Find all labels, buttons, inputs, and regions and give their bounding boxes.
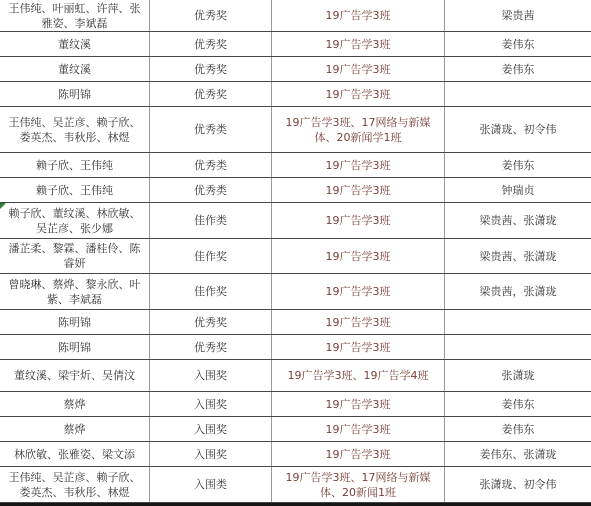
awards-table: 王伟纯、叶丽虹、许萍、张雅姿、李斌磊优秀奖19广告学3班梁贵茜董纹溪优秀奖19广…	[0, 0, 591, 506]
participants-text: 赖子欣、王伟纯	[36, 158, 113, 173]
class-text: 19广告学3班、17网络与新媒体、20新闻学1班	[277, 115, 439, 145]
participants-cell[interactable]: 赖子欣、董纹溪、林欣敏、吴芷彦、张少娜	[0, 203, 150, 238]
award-text: 优秀奖	[194, 340, 227, 355]
participants-cell[interactable]: 蔡烨	[0, 417, 150, 441]
table-row: 王伟纯、吴芷彦、赖子欣、娄英杰、韦秋彤、林煜入围类19广告学3班、17网络与新媒…	[0, 467, 591, 503]
participants-cell[interactable]: 赖子欣、王伟纯	[0, 153, 150, 177]
award-cell[interactable]: 入围奖	[150, 442, 272, 466]
participants-cell[interactable]: 董纹溪	[0, 32, 150, 56]
participants-cell[interactable]: 陈明锦	[0, 335, 150, 359]
award-cell[interactable]: 入围奖	[150, 417, 272, 441]
award-text: 优秀奖	[194, 315, 227, 330]
participants-text: 蔡烨	[64, 422, 86, 437]
advisors-cell[interactable]: 姜伟东	[445, 392, 591, 416]
class-cell[interactable]: 19广告学3班、17网络与新媒体、20新闻1班	[272, 467, 445, 502]
award-cell[interactable]: 入围类	[150, 467, 272, 502]
award-text: 优秀奖	[194, 8, 227, 23]
participants-text: 赖子欣、王伟纯	[36, 183, 113, 198]
participants-cell[interactable]: 赖子欣、王伟纯	[0, 178, 150, 202]
class-text: 19广告学3班、19广告学4班	[288, 368, 429, 383]
class-text: 19广告学3班	[326, 249, 391, 264]
award-text: 优秀奖	[194, 62, 227, 77]
table-row: 赖子欣、王伟纯优秀类19广告学3班姜伟东	[0, 153, 591, 178]
table-row: 陈明锦优秀奖19广告学3班	[0, 335, 591, 360]
advisors-cell[interactable]: 梁贵茜	[445, 0, 591, 31]
spreadsheet-viewport: 王伟纯、叶丽虹、许萍、张雅姿、李斌磊优秀奖19广告学3班梁贵茜董纹溪优秀奖19广…	[0, 0, 591, 506]
participants-text: 潘芷柔、黎霖、潘桂伶、陈睿妍	[5, 241, 144, 271]
participants-text: 董纹溪	[58, 37, 91, 52]
table-row: 林欣敏、张雅姿、梁文添入围奖19广告学3班姜伟东、张潇珑	[0, 442, 591, 467]
class-cell[interactable]: 19广告学3班	[272, 32, 445, 56]
award-text: 佳作类	[194, 213, 227, 228]
award-cell[interactable]: 优秀奖	[150, 32, 272, 56]
participants-text: 赖子欣、董纹溪、林欣敏、吴芷彦、张少娜	[5, 206, 144, 236]
advisors-text: 钟瑞贞	[502, 183, 535, 198]
participants-text: 董纹溪	[58, 62, 91, 77]
class-cell[interactable]: 19广告学3班、17网络与新媒体、20新闻学1班	[272, 107, 445, 152]
class-cell[interactable]: 19广告学3班	[272, 442, 445, 466]
participants-cell[interactable]: 潘芷柔、黎霖、潘桂伶、陈睿妍	[0, 239, 150, 273]
advisors-text: 梁贵茜	[502, 8, 535, 23]
class-text: 19广告学3班	[326, 183, 391, 198]
advisors-text: 梁贵茜，张潇珑	[480, 284, 557, 299]
advisors-cell[interactable]: 张潇珑、初令伟	[445, 107, 591, 152]
award-cell[interactable]: 优秀类	[150, 153, 272, 177]
award-text: 入围奖	[194, 368, 227, 383]
class-cell[interactable]: 19广告学3班	[272, 0, 445, 31]
advisors-text: 梁贵茜、张潇珑	[480, 213, 557, 228]
award-text: 入围奖	[194, 397, 227, 412]
advisors-text: 姜伟东	[502, 62, 535, 77]
class-cell[interactable]: 19广告学3班、19广告学4班	[272, 360, 445, 391]
table-row: 王伟纯、吴芷彦、赖子欣、娄英杰、韦秋彤、林煜优秀类19广告学3班、17网络与新媒…	[0, 107, 591, 153]
advisors-cell[interactable]	[445, 310, 591, 334]
advisors-cell[interactable]	[445, 335, 591, 359]
participants-cell[interactable]: 陈明锦	[0, 310, 150, 334]
award-cell[interactable]: 佳作类	[150, 203, 272, 238]
award-text: 优秀奖	[194, 87, 227, 102]
class-text: 19广告学3班	[326, 62, 391, 77]
advisors-text: 姜伟东、张潇珑	[480, 447, 557, 462]
table-row: 董纹溪优秀奖19广告学3班姜伟东	[0, 32, 591, 57]
table-row: 曾晓琳、蔡烨、黎永欣、叶紫、李斌磊佳作奖19广告学3班梁贵茜，张潇珑	[0, 274, 591, 310]
advisors-cell[interactable]: 姜伟东、张潇珑	[445, 442, 591, 466]
class-text: 19广告学3班	[326, 8, 391, 23]
award-cell[interactable]: 入围奖	[150, 360, 272, 391]
table-row: 董纹溪优秀奖19广告学3班姜伟东	[0, 57, 591, 82]
class-text: 19广告学3班	[326, 397, 391, 412]
advisors-text: 姜伟东	[502, 422, 535, 437]
class-cell[interactable]: 19广告学3班	[272, 203, 445, 238]
advisors-text: 姜伟东	[502, 158, 535, 173]
advisors-cell[interactable]: 张潇珑、初令伟	[445, 467, 591, 502]
award-text: 优秀类	[194, 158, 227, 173]
participants-cell[interactable]: 王伟纯、吴芷彦、赖子欣、娄英杰、韦秋彤、林煜	[0, 467, 150, 502]
class-text: 19广告学3班	[326, 87, 391, 102]
cell-error-marker-icon	[0, 203, 6, 209]
advisors-cell[interactable]: 钟瑞贞	[445, 178, 591, 202]
advisors-cell[interactable]: 姜伟东	[445, 153, 591, 177]
class-text: 19广告学3班	[326, 340, 391, 355]
participants-text: 陈明锦	[58, 315, 91, 330]
participants-cell[interactable]: 林欣敏、张雅姿、梁文添	[0, 442, 150, 466]
advisors-text: 张潇珑、初令伟	[480, 122, 557, 137]
award-text: 入围奖	[194, 447, 227, 462]
participants-text: 王伟纯、吴芷彦、赖子欣、娄英杰、韦秋彤、林煜	[5, 470, 144, 500]
advisors-cell[interactable]: 张潇珑	[445, 360, 591, 391]
class-text: 19广告学3班	[326, 37, 391, 52]
table-row: 赖子欣、王伟纯优秀类19广告学3班钟瑞贞	[0, 178, 591, 203]
award-text: 优秀奖	[194, 37, 227, 52]
participants-cell[interactable]: 董纹溪	[0, 57, 150, 81]
class-cell[interactable]: 19广告学3班	[272, 417, 445, 441]
award-text: 佳作奖	[194, 249, 227, 264]
class-cell[interactable]: 19广告学3班	[272, 274, 445, 309]
table-row: 赖子欣、董纹溪、林欣敏、吴芷彦、张少娜佳作类19广告学3班梁贵茜、张潇珑	[0, 203, 591, 239]
class-text: 19广告学3班、17网络与新媒体、20新闻1班	[277, 470, 439, 500]
award-cell[interactable]: 入围奖	[150, 392, 272, 416]
class-cell[interactable]: 19广告学3班	[272, 335, 445, 359]
participants-text: 董纹溪、梁宇炘、吴倩汶	[14, 368, 135, 383]
award-cell[interactable]: 优秀类	[150, 107, 272, 152]
participants-cell[interactable]: 王伟纯、吴芷彦、赖子欣、娄英杰、韦秋彤、林煜	[0, 107, 150, 152]
participants-text: 王伟纯、吴芷彦、赖子欣、娄英杰、韦秋彤、林煜	[5, 115, 144, 145]
table-row: 陈明锦优秀奖19广告学3班	[0, 82, 591, 107]
table-row: 蔡烨入围奖19广告学3班姜伟东	[0, 417, 591, 442]
advisors-text: 姜伟东	[502, 37, 535, 52]
participants-text: 王伟纯、叶丽虹、许萍、张雅姿、李斌磊	[5, 1, 144, 31]
participants-text: 林欣敏、张雅姿、梁文添	[14, 447, 135, 462]
participants-cell[interactable]: 王伟纯、叶丽虹、许萍、张雅姿、李斌磊	[0, 0, 150, 31]
participants-text: 曾晓琳、蔡烨、黎永欣、叶紫、李斌磊	[5, 277, 144, 307]
class-cell[interactable]: 19广告学3班	[272, 153, 445, 177]
award-text: 优秀类	[194, 183, 227, 198]
participants-text: 蔡烨	[64, 397, 86, 412]
table-row: 董纹溪、梁宇炘、吴倩汶入围奖19广告学3班、19广告学4班张潇珑	[0, 360, 591, 392]
award-cell[interactable]: 佳作奖	[150, 239, 272, 273]
table-row: 陈明锦优秀奖19广告学3班	[0, 310, 591, 335]
class-cell[interactable]: 19广告学3班	[272, 178, 445, 202]
class-cell[interactable]: 19广告学3班	[272, 82, 445, 106]
award-cell[interactable]: 优秀奖	[150, 0, 272, 31]
award-cell[interactable]: 优秀奖	[150, 82, 272, 106]
class-cell[interactable]: 19广告学3班	[272, 239, 445, 273]
class-text: 19广告学3班	[326, 315, 391, 330]
award-cell[interactable]: 优秀奖	[150, 310, 272, 334]
table-row: 蔡烨入围奖19广告学3班姜伟东	[0, 392, 591, 417]
class-cell[interactable]: 19广告学3班	[272, 310, 445, 334]
class-text: 19广告学3班	[326, 284, 391, 299]
participants-text: 陈明锦	[58, 340, 91, 355]
advisors-text: 姜伟东	[502, 397, 535, 412]
award-text: 优秀类	[194, 122, 227, 137]
award-cell[interactable]: 优秀奖	[150, 335, 272, 359]
award-text: 佳作奖	[194, 284, 227, 299]
award-cell[interactable]: 佳作奖	[150, 274, 272, 309]
advisors-text: 张潇珑	[502, 368, 535, 383]
class-text: 19广告学3班	[326, 213, 391, 228]
participants-cell[interactable]: 蔡烨	[0, 392, 150, 416]
advisors-text: 梁贵茜、张潇珑	[480, 249, 557, 264]
award-text: 入围奖	[194, 422, 227, 437]
advisors-cell[interactable]: 梁贵茜、张潇珑	[445, 203, 591, 238]
award-text: 入围类	[194, 477, 227, 492]
advisors-cell[interactable]	[445, 82, 591, 106]
table-row: 潘芷柔、黎霖、潘桂伶、陈睿妍佳作奖19广告学3班梁贵茜、张潇珑	[0, 239, 591, 274]
advisors-cell[interactable]: 梁贵茜、张潇珑	[445, 239, 591, 273]
participants-cell[interactable]: 陈明锦	[0, 82, 150, 106]
advisors-cell[interactable]: 姜伟东	[445, 57, 591, 81]
advisors-text: 张潇珑、初令伟	[480, 477, 557, 492]
advisors-cell[interactable]: 姜伟东	[445, 32, 591, 56]
participants-text: 陈明锦	[58, 87, 91, 102]
participants-cell[interactable]: 曾晓琳、蔡烨、黎永欣、叶紫、李斌磊	[0, 274, 150, 309]
class-text: 19广告学3班	[326, 422, 391, 437]
award-cell[interactable]: 优秀类	[150, 178, 272, 202]
award-cell[interactable]: 优秀奖	[150, 57, 272, 81]
class-cell[interactable]: 19广告学3班	[272, 57, 445, 81]
advisors-cell[interactable]: 姜伟东	[445, 417, 591, 441]
advisors-cell[interactable]: 梁贵茜，张潇珑	[445, 274, 591, 309]
participants-cell[interactable]: 董纹溪、梁宇炘、吴倩汶	[0, 360, 150, 391]
class-text: 19广告学3班	[326, 447, 391, 462]
table-row: 王伟纯、叶丽虹、许萍、张雅姿、李斌磊优秀奖19广告学3班梁贵茜	[0, 0, 591, 32]
class-cell[interactable]: 19广告学3班	[272, 392, 445, 416]
class-text: 19广告学3班	[326, 158, 391, 173]
